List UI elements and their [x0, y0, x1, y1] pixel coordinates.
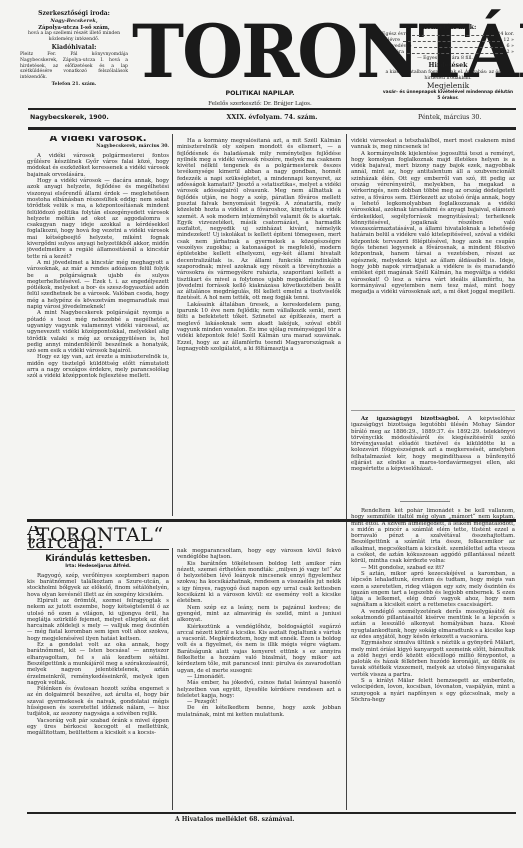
paragraph: Hogy ez igy van, azt érezte a minisztere… [27, 354, 169, 379]
office-note: hová a lap szellemi részét illető minden… [20, 31, 128, 42]
footer-note: A Hivatalos melléklet 68. számával. [175, 816, 294, 823]
editor-line: Felelős szerkesztő: Dr. Brájjer Lajos. [165, 101, 355, 107]
dateline-date: Péntek, március 30. [418, 114, 481, 121]
paragraph: Kis barátnőm tökéletesen boldog lett ami… [177, 561, 341, 605]
masthead-subtitle: POLITIKAI NAPILAP. [165, 90, 355, 97]
rule [28, 108, 516, 110]
paragraph: Ez a gondolat volt az oka annak, hogy ba… [27, 642, 169, 686]
paragraph: S aztán, mikor apró kezecskéjével a karo… [351, 571, 515, 609]
paragraph: Elpirult az örömtől, szemei felragyogtak… [27, 598, 169, 642]
feuilleton-title: Kirándulás kettesben. [27, 556, 169, 562]
feuilleton-column-2: nak megparancsoltam, hogy egy városon ki… [177, 548, 341, 810]
paragraph: A vidéki városok polgármesterei fontos g… [27, 153, 169, 178]
paragraph: A vendéglő személyzetének derűs mosolygá… [351, 609, 515, 640]
paragraph: Félénken és óvatosan hozott szóba engeme… [27, 686, 169, 717]
paragraph: nak megparancsoltam, hogy egy városon ki… [177, 548, 341, 561]
paragraph: Ragyogó, szép, verőfényes szeptemberi na… [27, 573, 169, 598]
paragraph: Vacsoráig volt pár szabad óránk s mivel … [27, 718, 169, 737]
column-divider [172, 548, 173, 810]
editorial-office-box: Szerkesztőségi iroda: Nagy-Becskerek, Zá… [20, 10, 128, 88]
paragraph: Rendeltem két pohár limonádét s be kell … [351, 508, 515, 565]
feuilleton-column-3: Rendeltem két pohár limonádét s be kell … [351, 508, 515, 810]
article-headline: A vidéki városok. [27, 136, 169, 142]
subscription-box: Előfizetési árak: Egész évre24 kor. Félé… [382, 24, 514, 102]
paragraph: A mi jövedelmet a kincstár még meghagyot… [27, 260, 169, 310]
paragraph: Lakásaink általában üresek, a kereskedel… [177, 302, 341, 352]
paragraph: S a királyi Mälar felett hemzsegett az e… [351, 678, 515, 703]
phone: Telefon 21. szám. [20, 82, 128, 88]
news-item: Az igazságügyi bizottságból. A képviselő… [351, 416, 515, 498]
rule [351, 410, 515, 411]
paragraph: Ha a kormány megvalósitaná azt, a mit Sz… [177, 138, 341, 302]
rule [400, 501, 450, 502]
news-text: A képviselőház igazságügyi bizottsága le… [351, 416, 515, 472]
appears-text: vasár- és ünnepnapok kivételével mindenn… [382, 90, 514, 101]
column-divider [346, 134, 347, 516]
article-column-2: Ha a kormány megvalósitaná azt, a mit Sz… [177, 138, 341, 516]
office-city: Nagy-Becskerek, [20, 18, 128, 25]
office-heading: Szerkesztőségi iroda: [20, 10, 128, 18]
paragraph: A mint Nagybecskerek polgárságát nyomja … [27, 310, 169, 354]
feuilleton-column-1: A „TORONTÁL“ tárcája. Kirándulás kettesb… [27, 526, 169, 811]
dateline-issue: XXIX. évfolyam. 74. szám. [212, 114, 332, 121]
article-column-1: A vidéki városok. Nagybecskerek, március… [27, 136, 169, 516]
prices-heading: Előfizetési árak: [382, 24, 514, 32]
paragraph: Hogy a vidéki városok — dacára annak, ho… [27, 178, 169, 260]
column-divider [346, 500, 347, 810]
single-issue-price: — Egyes szám ára 8 fill. — [382, 56, 514, 62]
price-label: Egy hóra [382, 50, 404, 56]
paragraph: A kormányelnök kijelentése jogosulttá te… [351, 151, 515, 296]
paragraph: De én kételkedtem benne, hogy azok jobba… [177, 705, 341, 718]
article-byline: Nagybecskerek, március 30. [27, 144, 169, 150]
publisher-text: Pleitz Fer. Pál könyvnyomdája Nagybecske… [20, 52, 128, 80]
rule [27, 812, 516, 814]
ads-text: a kiadóhivatalban fogadtatnak el. Árszab… [382, 70, 514, 81]
article-column-3: vidéki városokat a tetszhalálból, mert m… [351, 138, 515, 406]
feuilleton-banner: A „TORONTÁL“ tárcája. [27, 526, 169, 545]
column-divider [172, 134, 173, 516]
paragraph: Egymáshoz simulva ültünk s néztük a gyön… [351, 640, 515, 678]
paragraph: Nem szép ez a leány, nem is pajzánul ked… [177, 605, 341, 624]
rule [28, 127, 516, 130]
dateline-place: Nagybecskerek, 1900. [30, 114, 109, 121]
paragraph: vidéki városokat a tetszhalálból, mert m… [351, 138, 515, 151]
feuilleton-author: Irta: Hedeseljarus Alfréd. [27, 564, 169, 570]
masthead-title: TORONTÁL [132, 8, 382, 96]
price-value: 2 » [506, 50, 514, 56]
paragraph: Kiérkeztünk a vendéglőhöz, boldogságtól … [177, 624, 341, 674]
paragraph: Más ember, ha jókedvű, csinos fiatal leá… [177, 680, 341, 699]
newspaper-page: Szerkesztőségi iroda: Nagy-Becskerek, Zá… [0, 0, 523, 848]
